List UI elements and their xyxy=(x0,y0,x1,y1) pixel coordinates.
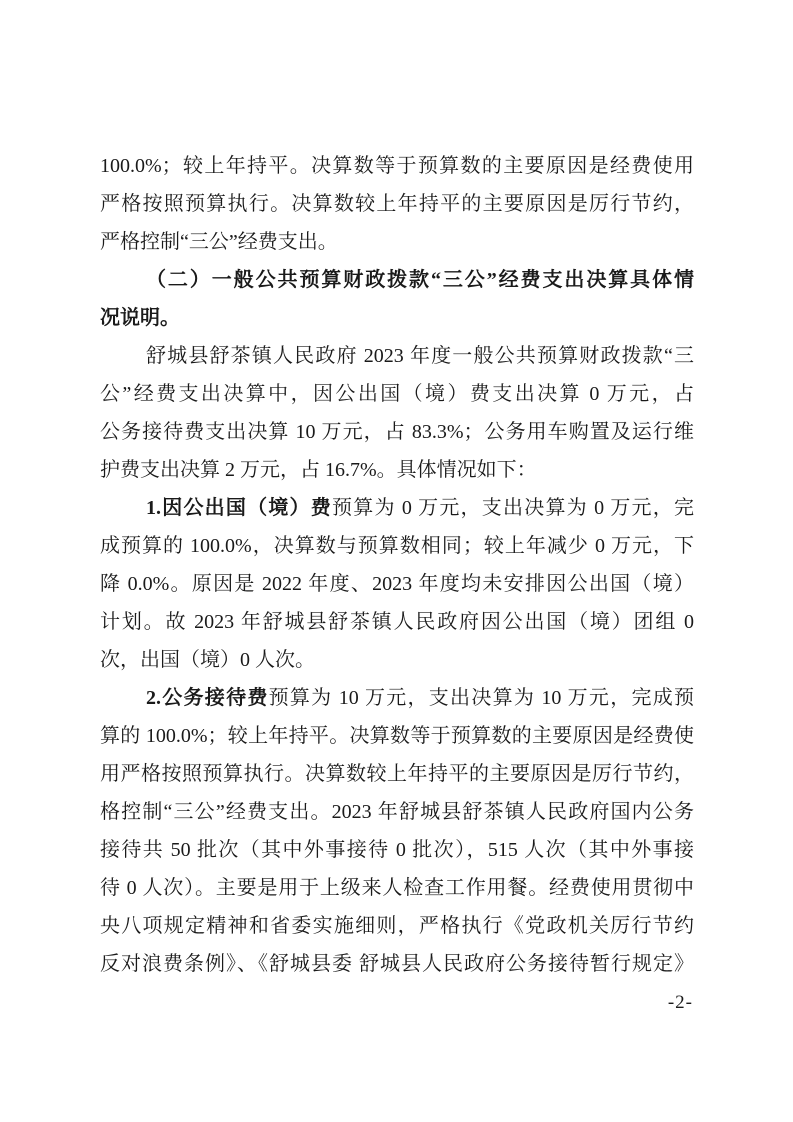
text-segment-bold: 2.公务接待费 xyxy=(146,687,269,709)
text-segment: 成预算的 100.0%，决算数与预算数相同；较上年减少 0 万元，下 xyxy=(100,535,694,557)
text-line: 况说明。 xyxy=(100,299,694,337)
text-line: 计划。故 2023 年舒城县舒茶镇人民政府因公出国（境）团组 0 xyxy=(100,603,694,641)
text-line: 算的 100.0%；较上年持平。决算数等于预算数的主要原因是经费使 xyxy=(100,717,694,755)
document-body: 100.0%；较上年持平。决算数等于预算数的主要原因是经费使用严格按照预算执行。… xyxy=(100,147,694,983)
text-line: 严格按照预算执行。决算数较上年持平的主要原因是厉行节约， xyxy=(100,185,694,223)
text-segment: 格控制“三公”经费支出。2023 年舒城县舒茶镇人民政府国内公务 xyxy=(100,801,694,823)
text-segment: 算的 100.0%；较上年持平。决算数等于预算数的主要原因是经费使 xyxy=(100,725,694,747)
text-segment: 公务接待费支出决算 10 万元，占 83.3%；公务用车购置及运行维 xyxy=(100,421,694,443)
text-line: 公务接待费支出决算 10 万元，占 83.3%；公务用车购置及运行维 xyxy=(100,413,694,451)
text-segment-bold: 1.因公出国（境）费 xyxy=(146,497,332,519)
text-segment: 计划。故 2023 年舒城县舒茶镇人民政府因公出国（境）团组 0 xyxy=(100,611,694,633)
text-line: 1.因公出国（境）费预算为 0 万元，支出决算为 0 万元，完 xyxy=(100,489,694,527)
text-line: 成预算的 100.0%，决算数与预算数相同；较上年减少 0 万元，下 xyxy=(100,527,694,565)
text-segment: 反对浪费条例》、《舒城县委 舒城县人民政府公务接待暂行规定》 xyxy=(100,953,694,975)
text-segment: 严格按照预算执行。决算数较上年持平的主要原因是厉行节约， xyxy=(100,193,694,215)
text-segment-bold: （二）一般公共预算财政拨款“三公”经费支出决算具体情 xyxy=(146,269,694,291)
text-segment: 次，出国（境）0 人次。 xyxy=(100,649,315,671)
text-segment: 预算为 10 万元，支出决算为 10 万元，完成预 xyxy=(269,687,694,709)
text-line: 护费支出决算 2 万元，占 16.7%。具体情况如下： xyxy=(100,451,694,489)
document-page: 100.0%；较上年持平。决算数等于预算数的主要原因是经费使用严格按照预算执行。… xyxy=(0,0,793,1122)
text-line: （二）一般公共预算财政拨款“三公”经费支出决算具体情 xyxy=(100,261,694,299)
text-line: 格控制“三公”经费支出。2023 年舒城县舒茶镇人民政府国内公务 xyxy=(100,793,694,831)
text-line: 2.公务接待费预算为 10 万元，支出决算为 10 万元，完成预 xyxy=(100,679,694,717)
text-line: 降 0.0%。原因是 2022 年度、2023 年度均未安排因公出国（境） xyxy=(100,565,694,603)
text-segment: 严格控制“三公”经费支出。 xyxy=(100,231,338,253)
text-line: 公”经费支出决算中，因公出国（境）费支出决算 0 万元，占 0.0%； xyxy=(100,375,694,413)
text-line: 严格控制“三公”经费支出。 xyxy=(100,223,694,261)
text-segment: 舒城县舒茶镇人民政府 2023 年度一般公共预算财政拨款“三 xyxy=(146,345,694,367)
text-segment: 公”经费支出决算中，因公出国（境）费支出决算 0 万元，占 0.0%； xyxy=(100,383,694,413)
text-line: 待 0 人次）。主要是用于上级来人检查工作用餐。经费使用贯彻中 xyxy=(100,869,694,907)
text-line: 100.0%；较上年持平。决算数等于预算数的主要原因是经费使用 xyxy=(100,147,694,185)
text-segment: 护费支出决算 2 万元，占 16.7%。具体情况如下： xyxy=(100,459,537,481)
text-segment: 预算为 0 万元，支出决算为 0 万元，完 xyxy=(332,497,694,519)
text-segment: 待 0 人次）。主要是用于上级来人检查工作用餐。经费使用贯彻中 xyxy=(100,877,694,899)
text-line: 用严格按照预算执行。决算数较上年持平的主要原因是厉行节约，严 xyxy=(100,755,694,793)
text-line: 央八项规定精神和省委实施细则，严格执行《党政机关厉行节约 xyxy=(100,907,694,945)
text-segment: 央八项规定精神和省委实施细则，严格执行《党政机关厉行节约 xyxy=(100,915,694,937)
text-segment: 100.0%；较上年持平。决算数等于预算数的主要原因是经费使用 xyxy=(100,155,694,177)
text-line: 反对浪费条例》、《舒城县委 舒城县人民政府公务接待暂行规定》 xyxy=(100,945,694,983)
page-number: -2- xyxy=(668,992,693,1014)
text-line: 接待共 50 批次（其中外事接待 0 批次），515 人次（其中外事接 xyxy=(100,831,694,869)
text-line: 舒城县舒茶镇人民政府 2023 年度一般公共预算财政拨款“三 xyxy=(100,337,694,375)
text-segment-bold: 况说明。 xyxy=(100,307,180,329)
text-segment: 用严格按照预算执行。决算数较上年持平的主要原因是厉行节约，严 xyxy=(100,763,694,793)
text-segment: 接待共 50 批次（其中外事接待 0 批次），515 人次（其中外事接 xyxy=(100,839,694,861)
text-line: 次，出国（境）0 人次。 xyxy=(100,641,694,679)
text-segment: 降 0.0%。原因是 2022 年度、2023 年度均未安排因公出国（境） xyxy=(100,573,694,595)
